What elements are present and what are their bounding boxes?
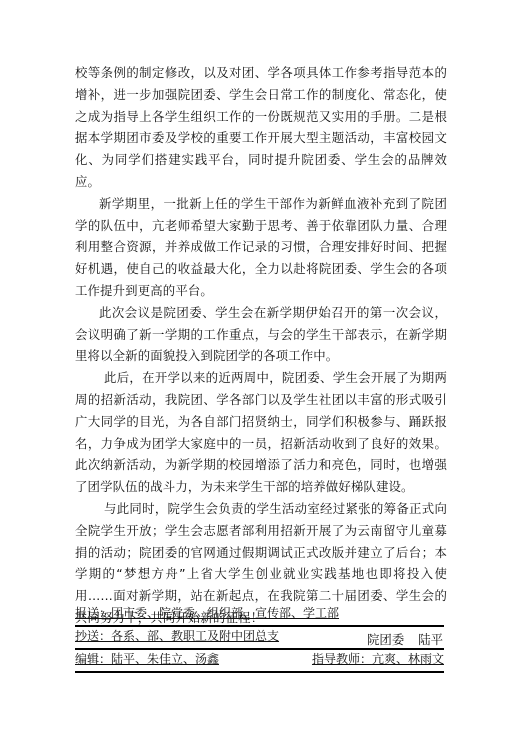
paragraph-intro-continued: 校等条例的制定修改，以及对团、学各项具体工作参考指导范本的增补，进一步加强院团委… [75, 62, 447, 193]
paragraph-new-cadres: 新学期里，一批新上任的学生干部作为新鲜血液补充到了院团学的队伍中，亢老师希望大家… [75, 193, 447, 302]
editors-label: 编辑： [75, 652, 111, 666]
paragraph-meeting: 此次会议是院团委、学生会在新学期伊始召开的第一次会议，会议明确了新一学期的工作重… [75, 302, 447, 367]
editors-value: 陆平、朱佳立、汤鑫 [111, 652, 219, 666]
footer-report-to: 报送：团市委、院党委、组织部、宣传部、学工部 [75, 604, 444, 627]
report-to-value: 团市委、院党委、组织部、宣传部、学工部 [111, 606, 339, 620]
distribution-footer: 报送：团市委、院党委、组织部、宣传部、学工部 抄送：各系、部、教职工及附中团总支… [75, 604, 444, 673]
copy-to-label: 抄送： [75, 629, 111, 643]
article-body: 校等条例的制定修改，以及对团、学各项具体工作参考指导范本的增补，进一步加强院团委… [75, 62, 447, 651]
document-page: 校等条例的制定修改，以及对团、学各项具体工作参考指导范本的增补，进一步加强院团委… [0, 0, 522, 743]
paragraph-recruitment: 此后，在开学以来的近两周中，院团委、学生会开展了为期两周的招新活动，我院团、学各… [75, 367, 447, 498]
footer-copy-to: 抄送：各系、部、教职工及附中团总支 [75, 627, 444, 650]
advisors-value: 亢爽、林雨文 [372, 652, 444, 666]
advisors-label: 指导教师： [312, 652, 372, 666]
copy-to-value: 各系、部、教职工及附中团总支 [111, 629, 279, 643]
advisors: 指导教师：亢爽、林雨文 [312, 650, 444, 669]
footer-editors: 编辑：陆平、朱佳立、汤鑫 指导教师：亢爽、林雨文 [75, 650, 444, 673]
report-to-label: 报送： [75, 606, 111, 620]
